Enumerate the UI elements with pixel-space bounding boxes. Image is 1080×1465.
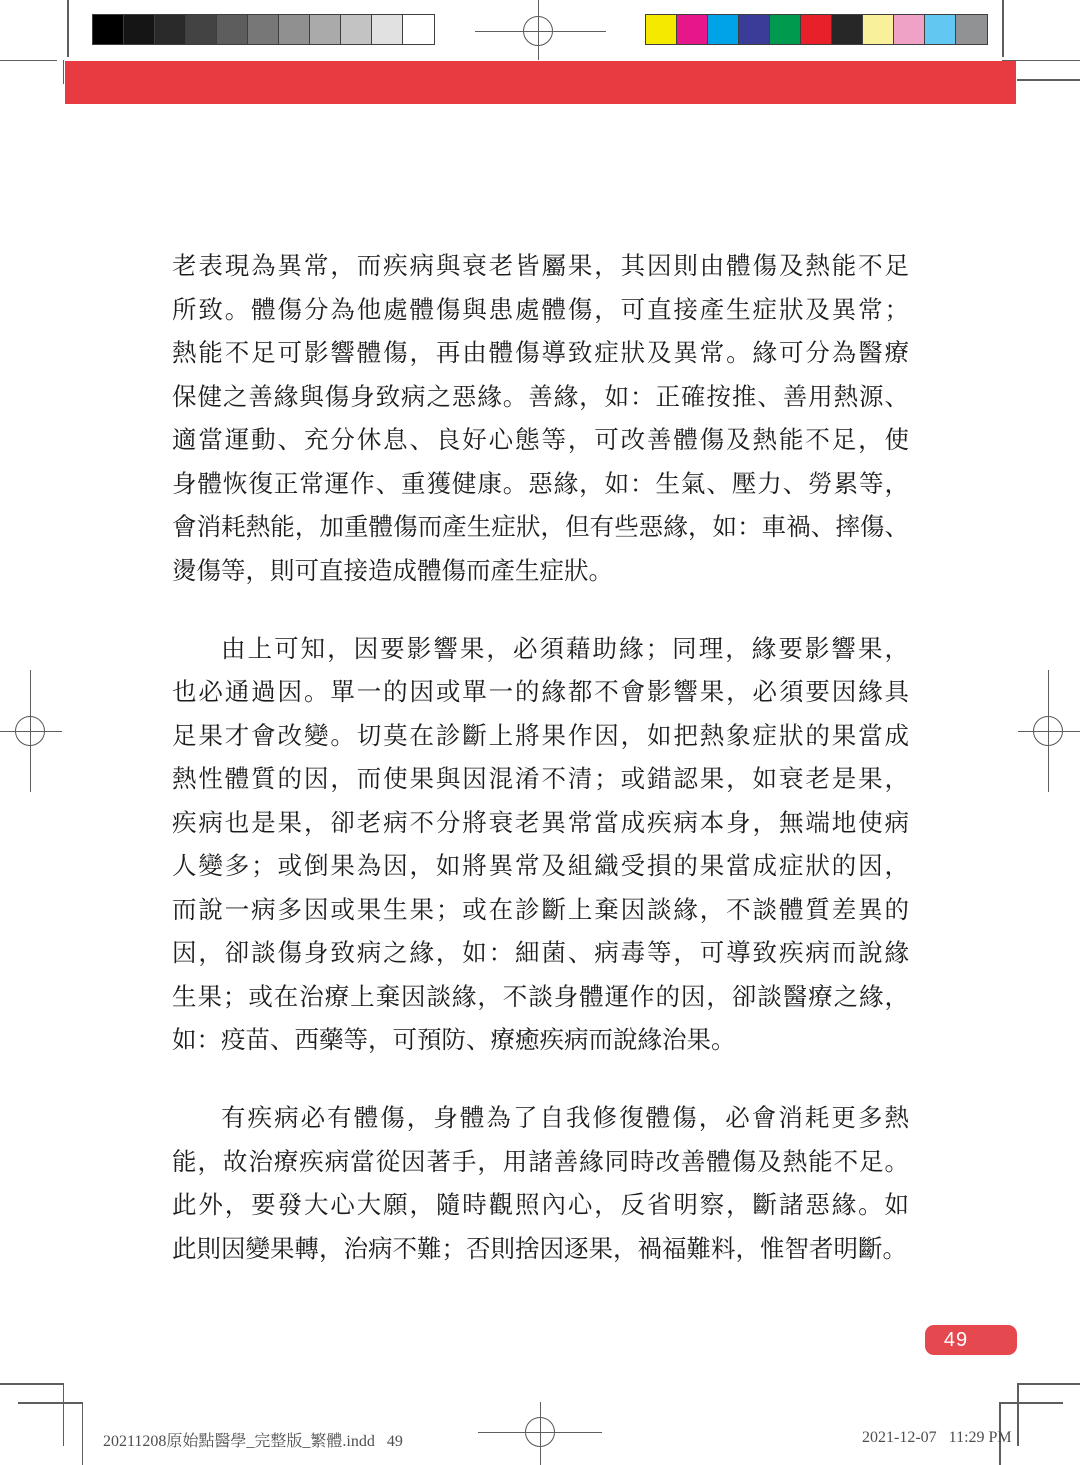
text-line: 燙傷等，則可直接造成體傷而產生症狀。	[172, 550, 909, 594]
text-line: 足果才會改變。切莫在診斷上將果作因，如把熱象症狀的果當成	[172, 715, 909, 759]
calibration-swatch	[154, 14, 187, 45]
crop-mark-line	[1017, 1383, 1019, 1446]
crop-mark-line	[1017, 1383, 1080, 1385]
text-line: 人變多；或倒果為因，如將異常及組織受損的果當成症狀的因，	[172, 845, 909, 889]
color-calibration-bar	[645, 14, 988, 45]
calibration-swatch	[831, 14, 864, 45]
crop-mark-line	[1002, 0, 1004, 57]
crop-mark-line	[1017, 79, 1080, 81]
text-line: 因，卻談傷身致病之緣，如：細菌、病毒等，可導致疾病而說緣	[172, 932, 909, 976]
text-line: 身體恢復正常運作、重獲健康。惡緣，如：生氣、壓力、勞累等，	[172, 463, 909, 507]
calibration-swatch	[862, 14, 895, 45]
grayscale-calibration-bar	[92, 14, 435, 45]
calibration-swatch	[340, 14, 373, 45]
text-line: 所致。體傷分為他處體傷與患處體傷，可直接產生症狀及異常；	[172, 289, 909, 333]
calibration-swatch	[800, 14, 833, 45]
body-text: 老表現為異常，而疾病與衰老皆屬果，其因則由體傷及熱能不足所致。體傷分為他處體傷與…	[172, 245, 909, 1271]
book-page: 老表現為異常，而疾病與衰老皆屬果，其因則由體傷及熱能不足所致。體傷分為他處體傷與…	[0, 0, 1080, 1465]
footer-timestamp: 2021-12-07 11:29 PM	[862, 1429, 1012, 1447]
footer-filename: 20211208原始點醫學_完整版_繁體.indd 49	[103, 1428, 403, 1451]
paragraph: 由上可知，因要影響果，必須藉助緣；同理，緣要影響果，也必通過因。單一的因或單一的…	[172, 628, 909, 1063]
text-line: 此則因變果轉，治病不難；否則捨因逐果，禍福難料，惟智者明斷。	[172, 1228, 909, 1272]
calibration-swatch	[123, 14, 156, 45]
calibration-swatch	[645, 14, 678, 45]
text-line: 保健之善緣與傷身致病之惡緣。善緣，如：正確按推、善用熱源、	[172, 376, 909, 420]
calibration-swatch	[924, 14, 957, 45]
paragraph: 有疾病必有體傷，身體為了自我修復體傷，必會消耗更多熱能，故治療疾病當從因著手，用…	[172, 1097, 909, 1271]
text-line: 生果；或在治療上棄因談緣，不談身體運作的因，卻談醫療之緣，	[172, 976, 909, 1020]
crop-mark-line	[67, 0, 69, 57]
calibration-swatch	[676, 14, 709, 45]
text-line: 熱能不足可影響體傷，再由體傷導致症狀及異常。緣可分為醫療	[172, 332, 909, 376]
text-line: 會消耗熱能，加重體傷而產生症狀，但有些惡緣，如：車禍、摔傷、	[172, 506, 909, 550]
text-line: 而說一病多因或果生果；或在診斷上棄因談緣，不談體質差異的	[172, 889, 909, 933]
page-number-badge: 49	[925, 1325, 1017, 1355]
text-line: 有疾病必有體傷，身體為了自我修復體傷，必會消耗更多熱	[172, 1097, 909, 1141]
calibration-swatch	[893, 14, 926, 45]
calibration-swatch	[955, 14, 988, 45]
text-line: 也必通過因。單一的因或單一的緣都不會影響果，必須要因緣具	[172, 671, 909, 715]
calibration-swatch	[247, 14, 280, 45]
calibration-swatch	[185, 14, 218, 45]
crop-mark-line	[63, 1383, 65, 1446]
calibration-swatch	[738, 14, 771, 45]
calibration-swatch	[371, 14, 404, 45]
calibration-swatch	[278, 14, 311, 45]
text-line: 適當運動、充分休息、良好心態等，可改善體傷及熱能不足，使	[172, 419, 909, 463]
red-banner	[65, 61, 1016, 104]
crop-mark-line	[18, 1402, 82, 1404]
crop-mark-line	[999, 1402, 1063, 1404]
crop-mark-line	[0, 1383, 63, 1385]
calibration-swatch	[402, 14, 435, 45]
text-line: 疾病也是果，卻老病不分將衰老異常當成疾病本身，無端地使病	[172, 802, 909, 846]
crop-mark-line	[63, 60, 65, 84]
paragraph: 老表現為異常，而疾病與衰老皆屬果，其因則由體傷及熱能不足所致。體傷分為他處體傷與…	[172, 245, 909, 593]
text-line: 熱性體質的因，而使果與因混淆不清；或錯認果，如衰老是果，	[172, 758, 909, 802]
text-line: 老表現為異常，而疾病與衰老皆屬果，其因則由體傷及熱能不足	[172, 245, 909, 289]
crop-mark-line	[82, 1402, 84, 1465]
calibration-swatch	[92, 14, 125, 45]
calibration-swatch	[707, 14, 740, 45]
text-line: 能，故治療疾病當從因著手，用諸善緣同時改善體傷及熱能不足。	[172, 1141, 909, 1185]
crop-mark-line	[0, 60, 57, 62]
text-line: 此外，要發大心大願，隨時觀照內心，反省明察，斷諸惡緣。如	[172, 1184, 909, 1228]
text-line: 由上可知，因要影響果，必須藉助緣；同理，緣要影響果，	[172, 628, 909, 672]
calibration-swatch	[309, 14, 342, 45]
calibration-swatch	[216, 14, 249, 45]
calibration-swatch	[769, 14, 802, 45]
text-line: 如：疫苗、西藥等，可預防、療癒疾病而說緣治果。	[172, 1019, 909, 1063]
